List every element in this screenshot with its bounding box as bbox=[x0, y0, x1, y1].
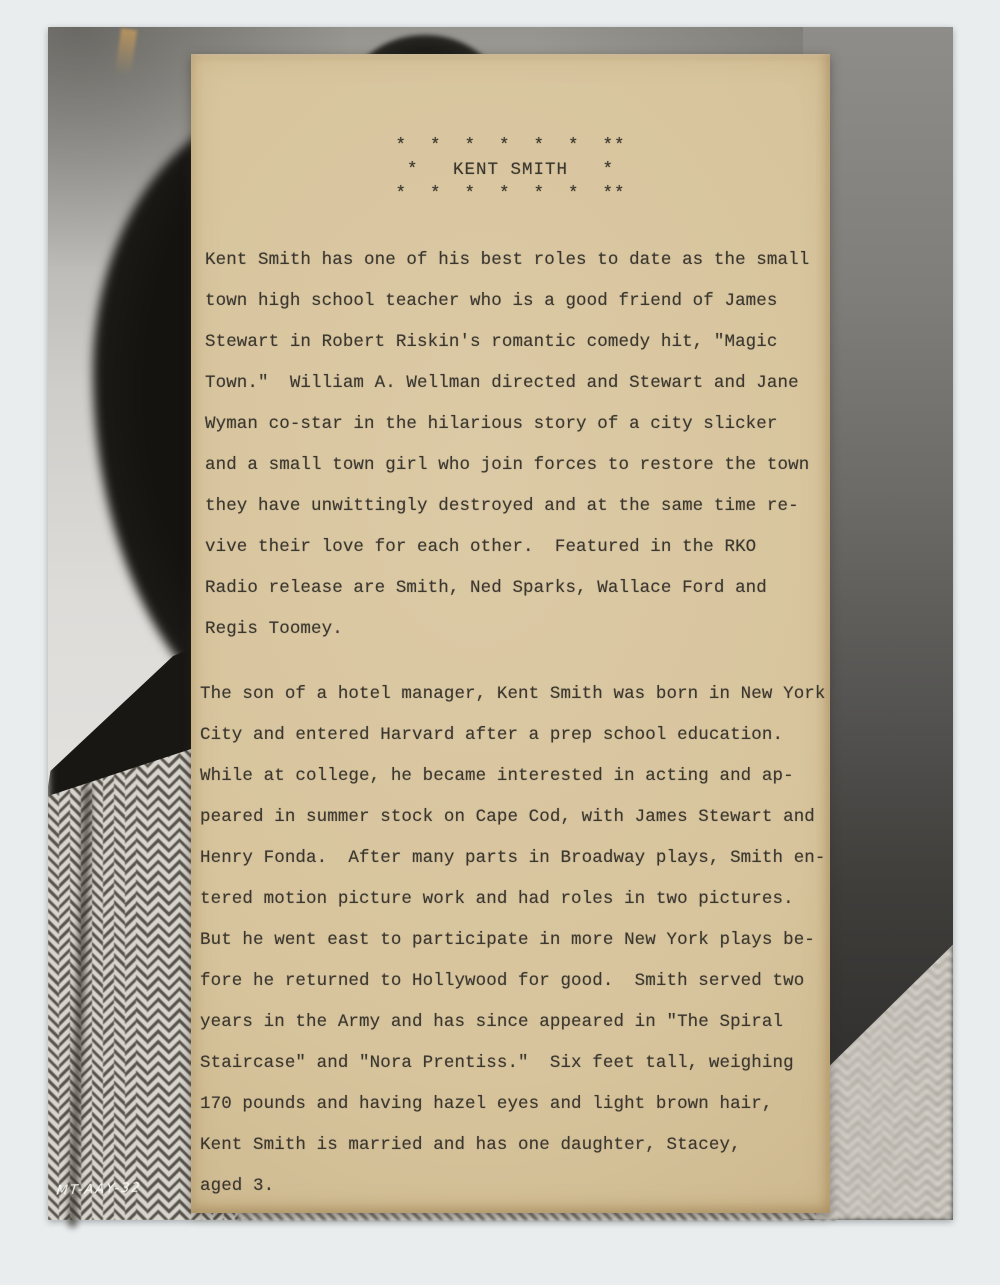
typed-line: Kent Smith has one of his best roles to … bbox=[205, 240, 809, 281]
typed-line: they have unwittingly destroyed and at t… bbox=[205, 486, 809, 527]
typed-line: Town." William A. Wellman directed and S… bbox=[205, 363, 809, 404]
typed-line: Stewart in Robert Riskin's romantic come… bbox=[205, 322, 809, 363]
typed-line: and a small town girl who join forces to… bbox=[205, 445, 809, 486]
title-name-row: * KENT SMITH * bbox=[191, 158, 830, 182]
typed-line: The son of a hotel manager, Kent Smith w… bbox=[200, 674, 826, 715]
typed-line: Regis Toomey. bbox=[205, 609, 809, 650]
typed-line: City and entered Harvard after a prep sc… bbox=[200, 715, 826, 756]
paragraph-magic-town: Kent Smith has one of his best roles to … bbox=[205, 240, 809, 650]
typed-line: aged 3. bbox=[200, 1166, 826, 1207]
scan-background: { "page": { "background_color": "#e9edee… bbox=[0, 0, 1000, 1285]
typed-line: tered motion picture work and had roles … bbox=[200, 879, 826, 920]
typed-line: vive their love for each other. Featured… bbox=[205, 527, 809, 568]
typed-line: While at college, he became interested i… bbox=[200, 756, 826, 797]
typed-line: 170 pounds and having hazel eyes and lig… bbox=[200, 1084, 826, 1125]
typed-line: But he went east to participate in more … bbox=[200, 920, 826, 961]
typed-line: Radio release are Smith, Ned Sparks, Wal… bbox=[205, 568, 809, 609]
typed-press-sheet: * * * * * * *** KENT SMITH ** * * * * * … bbox=[191, 54, 830, 1213]
paragraph-biography: The son of a hotel manager, Kent Smith w… bbox=[200, 674, 826, 1207]
title-asterisk-row: * * * * * * ** bbox=[191, 182, 830, 206]
typed-line: town high school teacher who is a good f… bbox=[205, 281, 809, 322]
typed-line: years in the Army and has since appeared… bbox=[200, 1002, 826, 1043]
photo-notation-text: MT-AAY-32 bbox=[55, 1179, 197, 1208]
typed-line: Kent Smith is married and has one daught… bbox=[200, 1125, 826, 1166]
typed-line: peared in summer stock on Cape Cod, with… bbox=[200, 797, 826, 838]
title-asterisk-row: * * * * * * ** bbox=[191, 134, 830, 158]
typed-line: Wyman co-star in the hilarious story of … bbox=[205, 404, 809, 445]
typed-line: Henry Fonda. After many parts in Broadwa… bbox=[200, 838, 826, 879]
sheet-title-block: * * * * * * *** KENT SMITH ** * * * * * … bbox=[191, 134, 830, 206]
typed-line: fore he returned to Hollywood for good. … bbox=[200, 961, 826, 1002]
typed-line: Staircase" and "Nora Prentiss." Six feet… bbox=[200, 1043, 826, 1084]
